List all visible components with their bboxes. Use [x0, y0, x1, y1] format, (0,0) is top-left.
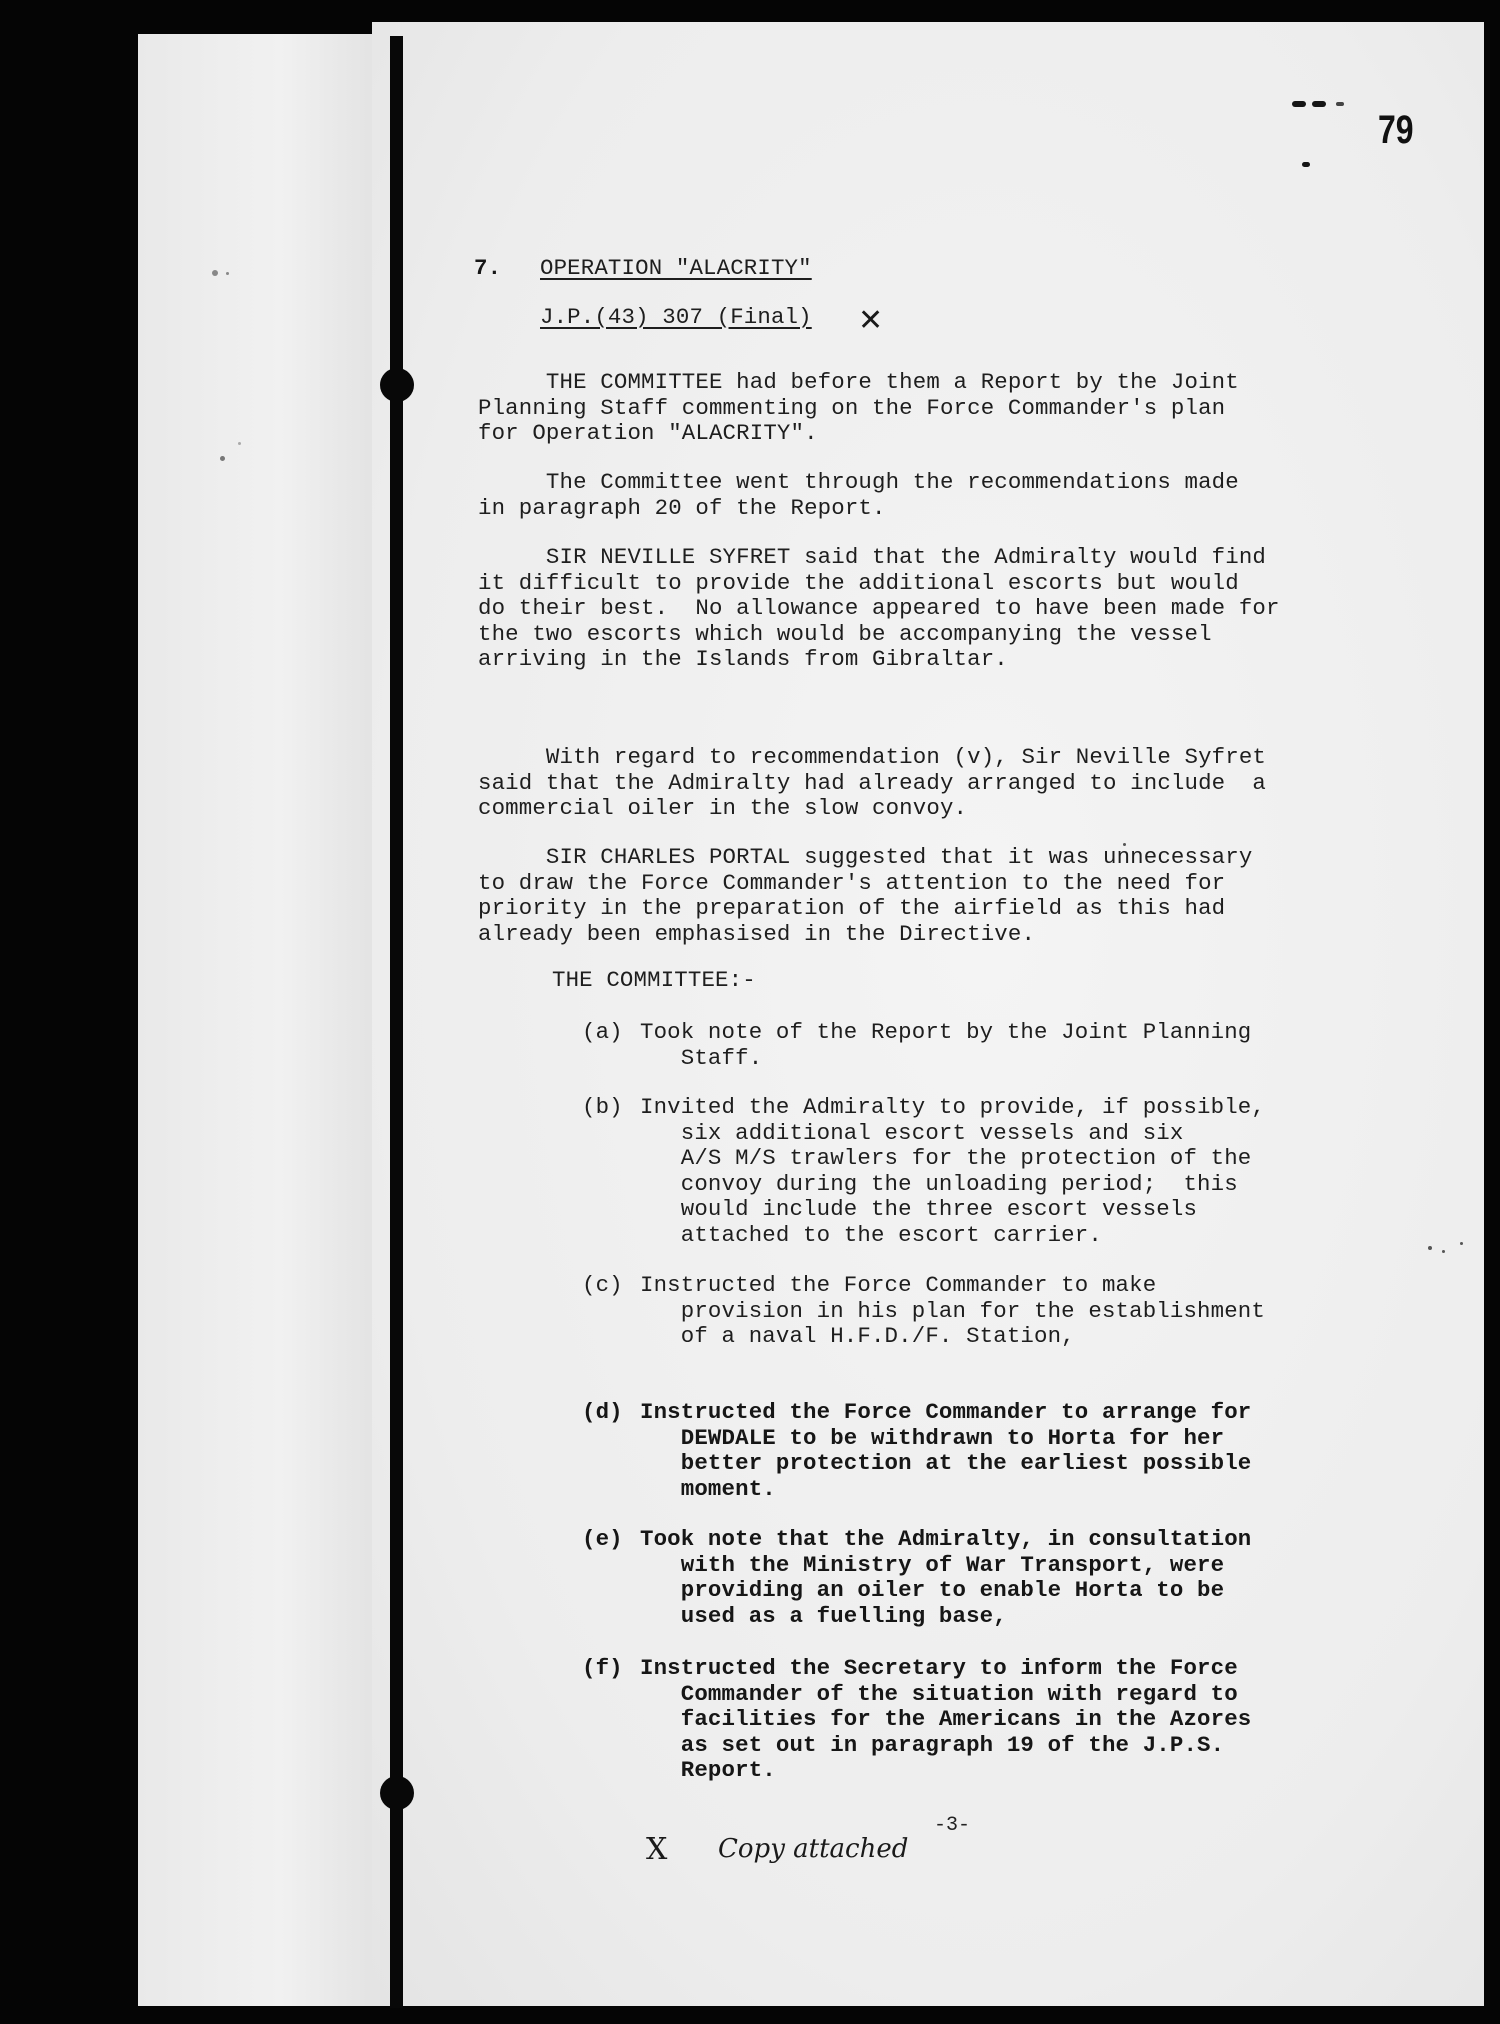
conclusion-text: Took note that the Admiralty, in consult…	[640, 1527, 1251, 1629]
item-title: OPERATION "ALACRITY"	[540, 256, 812, 282]
conclusion-label: (b)	[582, 1095, 623, 1121]
conclusion-text: Instructed the Secretary to inform the F…	[640, 1656, 1251, 1784]
binding-line	[390, 36, 403, 2008]
conclusion-text: Instructed the Force Commander to make p…	[640, 1273, 1265, 1350]
binding-hole	[380, 1776, 414, 1810]
conclusion-text: Took note of the Report by the Joint Pla…	[640, 1020, 1251, 1071]
conclusion-label: (e)	[582, 1527, 623, 1553]
ink-mark	[1336, 102, 1344, 106]
previous-page-edge	[138, 34, 376, 2006]
paragraph: With regard to recommendation (v), Sir N…	[478, 745, 1266, 822]
paragraph: THE COMMITTEE had before them a Report b…	[478, 370, 1239, 447]
paragraph: The Committee went through the recommend…	[478, 470, 1239, 521]
conclusion-text: Instructed the Force Commander to arrang…	[640, 1400, 1251, 1502]
scanned-document: 79 7. OPERATION "ALACRITY" J.P.(43) 307 …	[0, 0, 1500, 2024]
binding-hole	[380, 368, 414, 402]
cross-mark: ✕	[858, 303, 883, 338]
handwritten-note: Copy attached	[718, 1834, 908, 1864]
ink-mark	[1302, 162, 1310, 167]
conclusion-label: (c)	[582, 1273, 623, 1299]
conclusion-label: (d)	[582, 1400, 623, 1426]
ink-mark	[1312, 101, 1326, 107]
paragraph: SIR CHARLES PORTAL suggested that it was…	[478, 845, 1252, 947]
page-number: 79	[1378, 108, 1414, 153]
ink-mark	[1292, 101, 1306, 107]
conclusion-text: Invited the Admiralty to provide, if pos…	[640, 1095, 1265, 1248]
handwritten-cross: X	[646, 1832, 667, 1867]
conclusion-label: (a)	[582, 1020, 623, 1046]
paragraph: SIR NEVILLE SYFRET said that the Admiral…	[478, 545, 1280, 673]
reference-number: J.P.(43) 307 (Final)	[540, 305, 812, 331]
footer-page-label: -3-	[934, 1814, 970, 1837]
conclusion-label: (f)	[582, 1656, 623, 1682]
item-number: 7.	[474, 256, 501, 282]
committee-heading: THE COMMITTEE:-	[552, 968, 756, 994]
